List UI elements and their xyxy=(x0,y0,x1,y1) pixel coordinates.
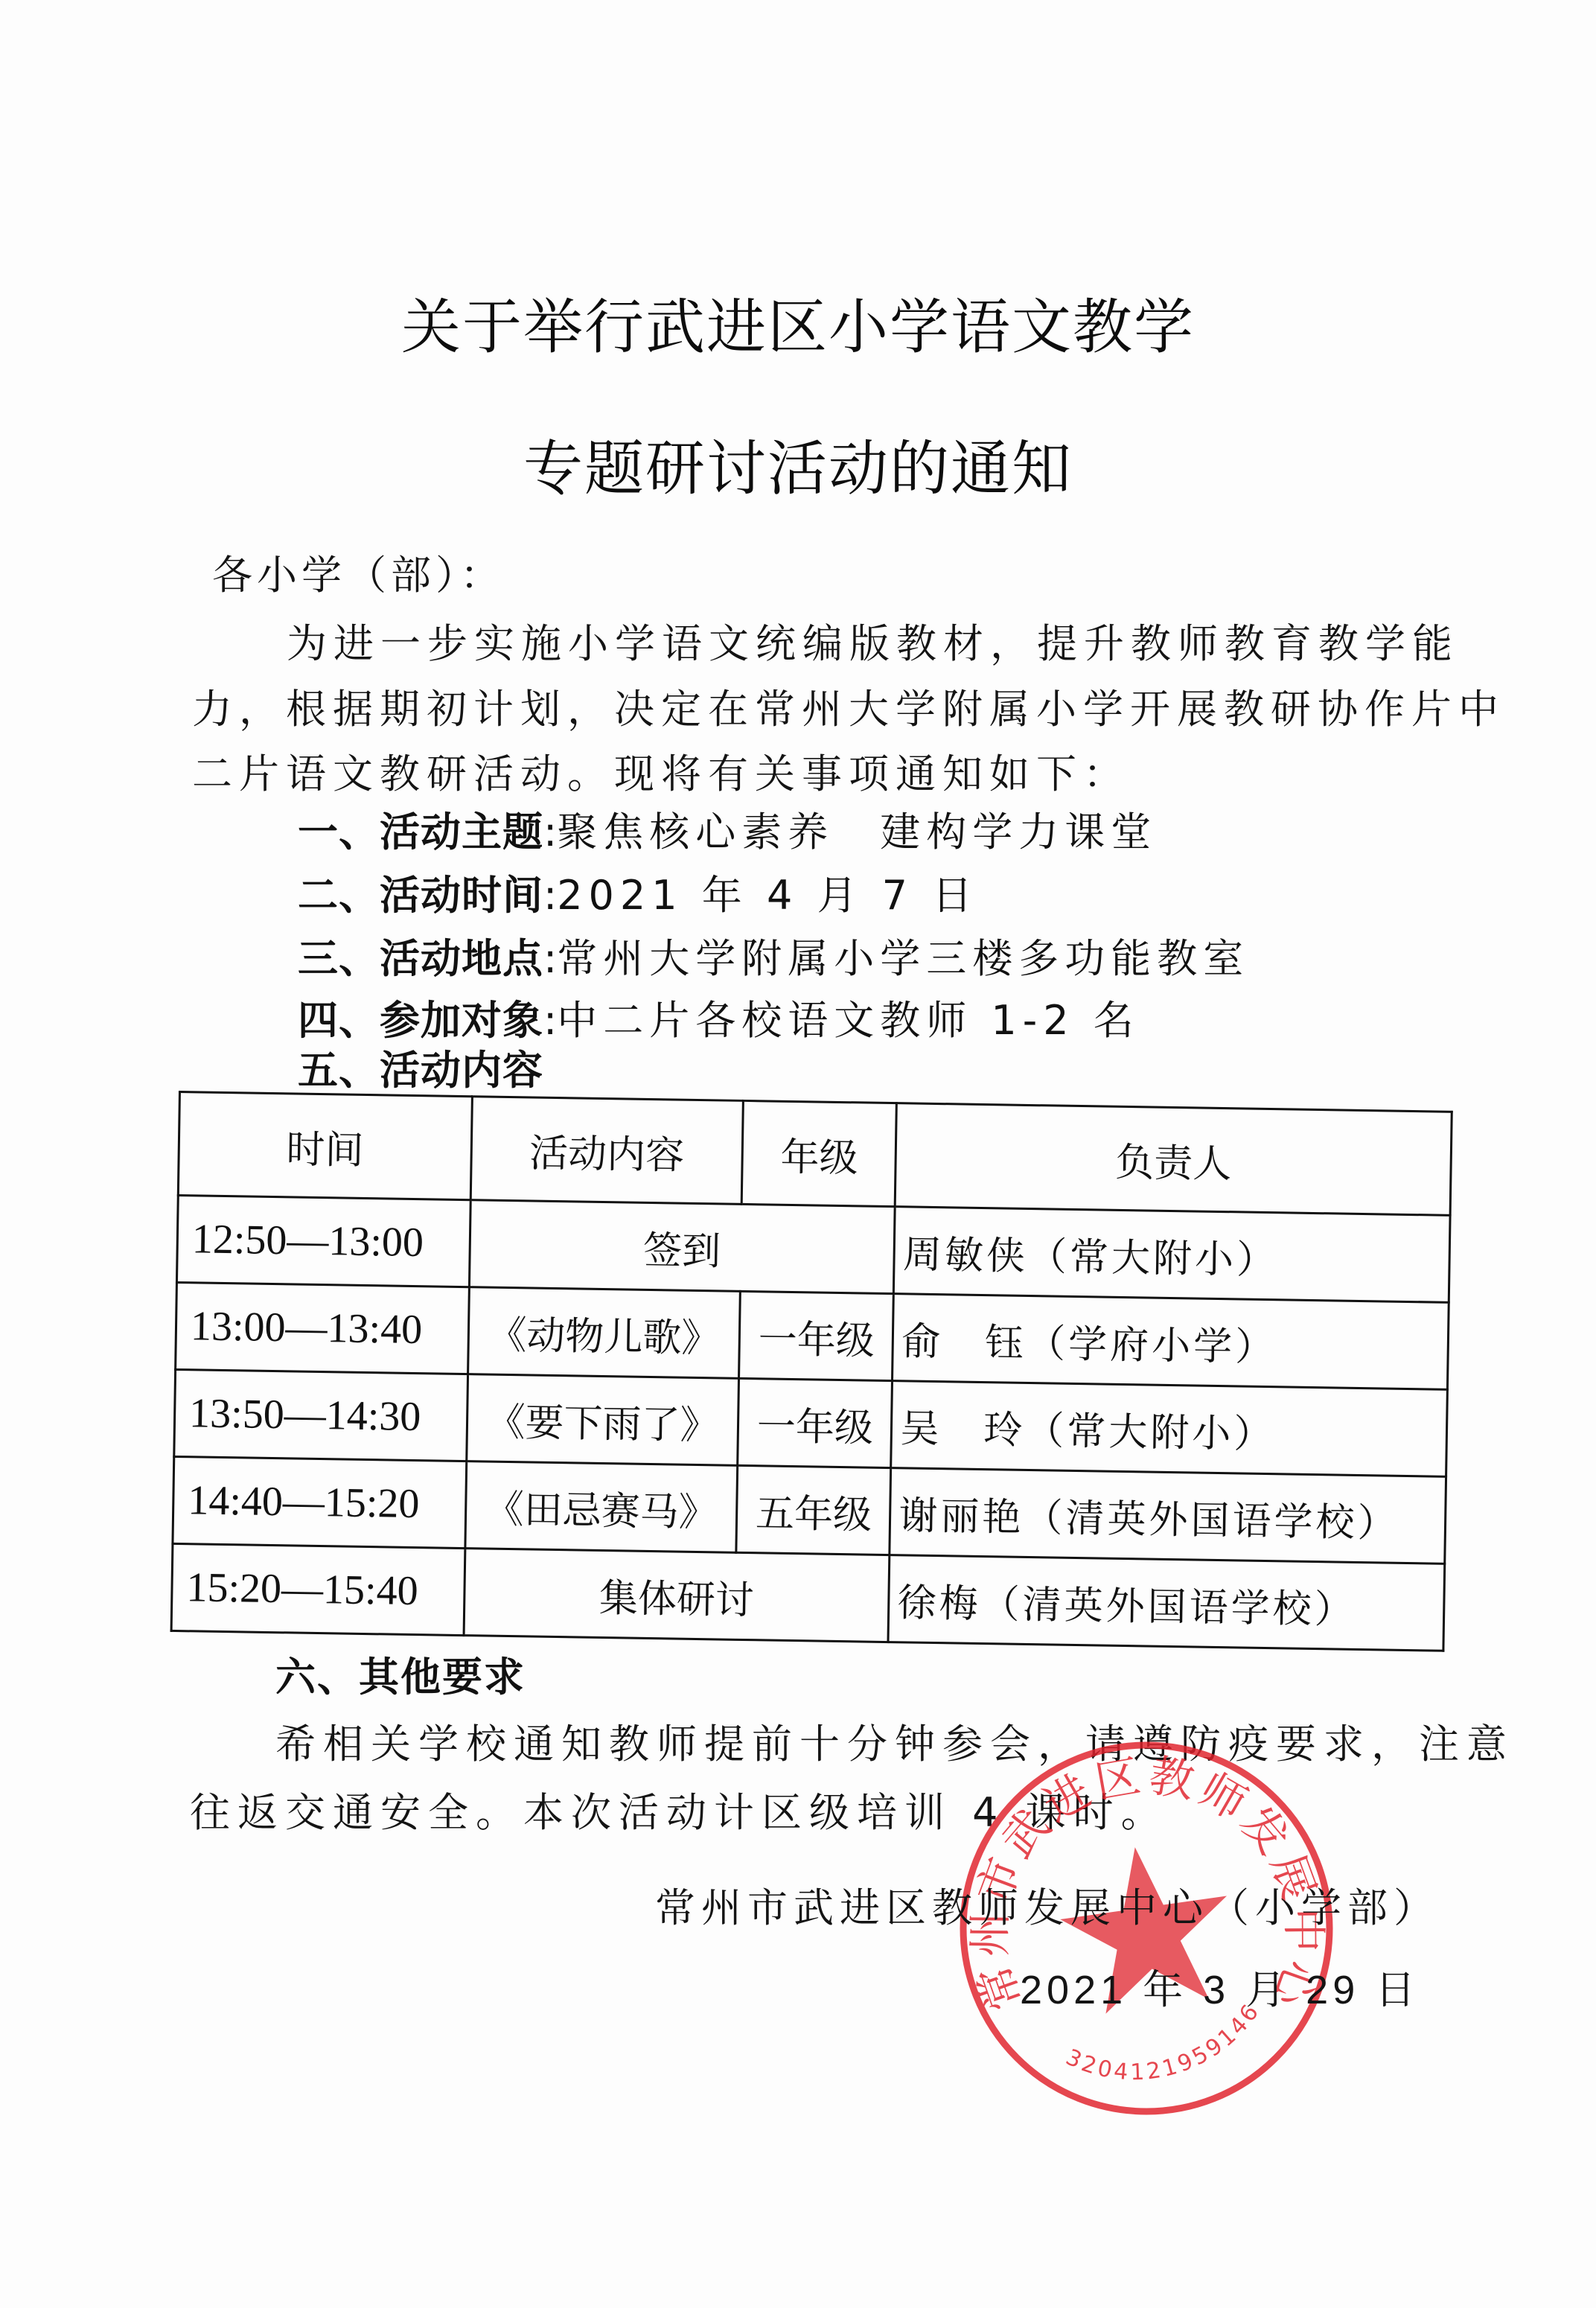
document-title-line-2: 专题研讨活动的通知 xyxy=(0,421,1596,506)
item-label: 一、活动主题 xyxy=(298,809,543,855)
cell-time: 14:40—15:20 xyxy=(173,1456,466,1548)
cell-time: 15:20—15:40 xyxy=(171,1543,465,1635)
item-activity-content: 五、活动内容 xyxy=(298,1039,543,1096)
item-separator: : xyxy=(543,935,557,982)
section-other-requirements-heading: 六、其他要求 xyxy=(275,1645,526,1703)
item-separator: : xyxy=(543,997,557,1044)
document-page: 关于举行武进区小学语文教学 专题研讨活动的通知 各小学（部）： 为进一步实施小学… xyxy=(0,0,1596,2308)
header-content: 活动内容 xyxy=(470,1097,744,1205)
cell-owner: 俞 钰（学府小学） xyxy=(893,1294,1449,1390)
cell-time: 13:50—14:30 xyxy=(174,1369,467,1461)
item-value: 常州大学附属小学三楼多功能教室 xyxy=(557,935,1249,982)
item-value: 中二片各校语文教师 1-2 名 xyxy=(557,997,1140,1044)
item-label: 四、参加对象 xyxy=(298,997,543,1044)
item-value: 2021 年 4 月 7 日 xyxy=(557,872,978,919)
item-time: 二、活动时间:2021 年 4 月 7 日 xyxy=(298,864,978,921)
table-header-row: 时间 活动内容 年级 负责人 xyxy=(178,1092,1452,1216)
cell-owner: 吴 玲（常大附小） xyxy=(891,1381,1447,1477)
cell-owner: 谢丽艳（清英外国语学校） xyxy=(890,1468,1446,1564)
cell-content: 《动物儿歌》 xyxy=(467,1287,741,1379)
item-label: 三、活动地点 xyxy=(298,935,543,982)
header-owner: 负责人 xyxy=(896,1103,1452,1216)
header-grade: 年级 xyxy=(742,1100,897,1206)
intro-paragraph-line-2: 力，根据期初计划，决定在常州大学附属小学开展教研协作片中 xyxy=(192,678,1505,735)
cell-time: 12:50—13:00 xyxy=(176,1196,470,1287)
schedule-table: 时间 活动内容 年级 负责人 12:50—13:00 签到 周敏侠（常大附小） … xyxy=(170,1091,1453,1652)
item-label: 五、活动内容 xyxy=(298,1047,543,1094)
cell-grade: 五年级 xyxy=(736,1465,891,1555)
item-location: 三、活动地点:常州大学附属小学三楼多功能教室 xyxy=(298,927,1249,984)
signer: 常州市武进区教师发展中心（小学部） xyxy=(655,1876,1440,1934)
item-separator: : xyxy=(543,809,557,855)
cell-content: 《田忌赛马》 xyxy=(465,1461,738,1553)
item-participants: 四、参加对象:中二片各校语文教师 1-2 名 xyxy=(298,989,1140,1046)
requirements-line-1: 希相关学校通知教师提前十分钟参会，请遵防疫要求，注意 xyxy=(275,1712,1514,1770)
cell-content: 签到 xyxy=(469,1200,896,1294)
item-value: 聚焦核心素养 建构学力课堂 xyxy=(557,809,1157,855)
cell-time: 13:00—13:40 xyxy=(176,1282,469,1374)
cell-owner: 周敏侠（常大附小） xyxy=(894,1207,1450,1303)
header-time: 时间 xyxy=(178,1092,472,1200)
item-label: 二、活动时间 xyxy=(298,872,543,919)
cell-content: 集体研讨 xyxy=(464,1549,890,1642)
salutation: 各小学（部）： xyxy=(212,543,505,601)
intro-paragraph-line-3: 二片语文教研活动。现将有关事项通知如下： xyxy=(192,742,1130,800)
document-title-line-1: 关于举行武进区小学语文教学 xyxy=(0,279,1596,365)
intro-paragraph-line-1: 为进一步实施小学语文统编版教材，提升教师教育教学能 xyxy=(287,612,1459,669)
cell-grade: 一年级 xyxy=(739,1291,894,1380)
cell-content: 《要下雨了》 xyxy=(466,1374,739,1466)
cell-owner: 徐梅（清英外国语学校） xyxy=(888,1555,1444,1651)
cell-grade: 一年级 xyxy=(738,1378,893,1467)
issue-date: 2021 年 3 月 29 日 xyxy=(1020,1958,1420,2015)
item-theme: 一、活动主题:聚焦核心素养 建构学力课堂 xyxy=(298,800,1157,858)
requirements-line-2: 往返交通安全。本次活动计区级培训 4 课时。 xyxy=(190,1781,1169,1838)
item-separator: : xyxy=(543,872,557,919)
